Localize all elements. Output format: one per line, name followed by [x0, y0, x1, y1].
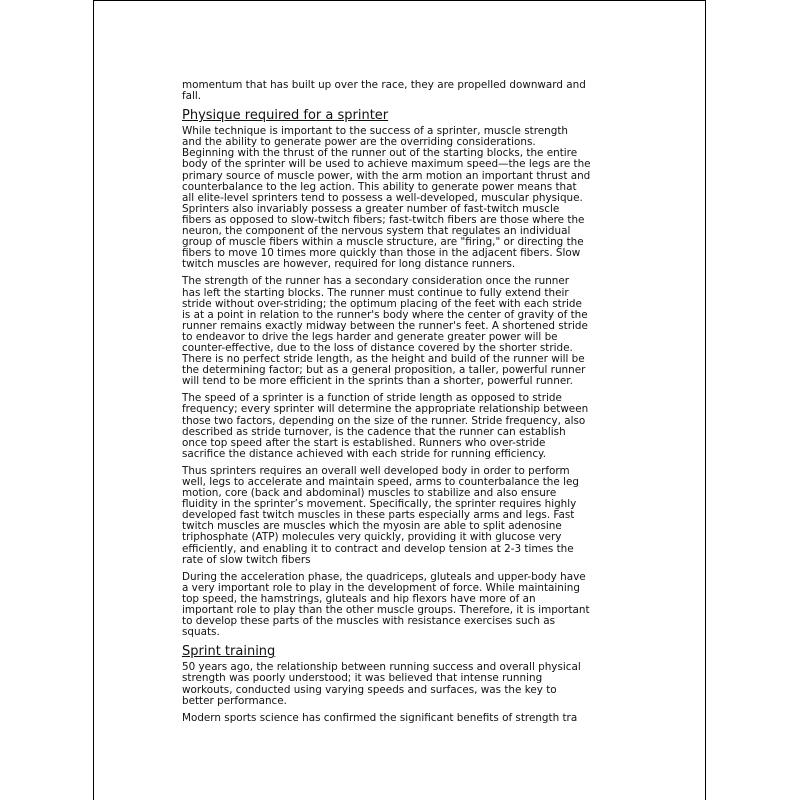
page-content: momentum that has built up over the race…	[182, 80, 622, 731]
section-heading-sprint-training: Sprint training	[182, 644, 622, 659]
paragraph: During the acceleration phase, the quadr…	[182, 572, 622, 639]
document-page: momentum that has built up over the race…	[93, 0, 706, 800]
paragraph: Thus sprinters requires an overall well …	[182, 466, 622, 566]
section-heading-physique: Physique required for a sprinter	[182, 108, 622, 123]
paragraph-truncated: Modern sports science has confirmed the …	[182, 713, 622, 725]
paragraph: While technique is important to the succ…	[182, 126, 622, 270]
paragraph: 50 years ago, the relationship between r…	[182, 662, 622, 706]
paragraph: The strength of the runner has a seconda…	[182, 276, 622, 387]
paragraph-intro-tail: momentum that has built up over the race…	[182, 80, 622, 102]
paragraph: The speed of a sprinter is a function of…	[182, 393, 622, 460]
